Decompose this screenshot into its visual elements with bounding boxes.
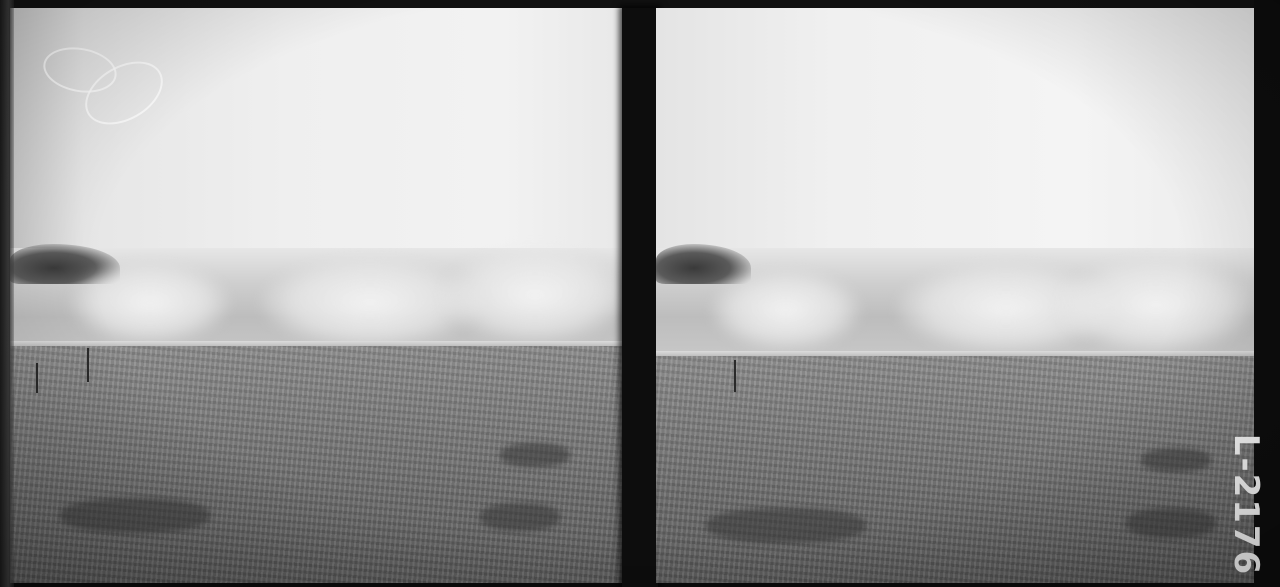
stereo-plate: L-2176 bbox=[0, 0, 1280, 587]
fence-post bbox=[36, 363, 38, 393]
fence-post bbox=[87, 348, 89, 382]
puddle bbox=[1141, 448, 1211, 472]
sky bbox=[10, 8, 624, 278]
fence-post bbox=[734, 360, 736, 392]
smoke-cloud bbox=[711, 270, 861, 350]
sky bbox=[656, 8, 1256, 278]
puddle bbox=[706, 508, 866, 543]
puddle bbox=[500, 443, 570, 467]
puddle bbox=[480, 503, 560, 531]
smoke-cloud bbox=[1056, 258, 1256, 353]
plate-top-edge bbox=[0, 0, 1280, 8]
smoke-cloud bbox=[440, 248, 624, 343]
stereo-divider bbox=[622, 8, 658, 587]
stereo-panel-left bbox=[10, 8, 624, 583]
plate-left-edge bbox=[0, 0, 14, 587]
stereo-panel-right bbox=[656, 8, 1256, 583]
smoke-cloud bbox=[70, 263, 230, 343]
inscription-text: L-2176 bbox=[1226, 434, 1266, 576]
puddle bbox=[60, 498, 210, 533]
plate-inscription: L-2176 bbox=[1222, 430, 1270, 580]
puddle bbox=[1126, 508, 1216, 538]
